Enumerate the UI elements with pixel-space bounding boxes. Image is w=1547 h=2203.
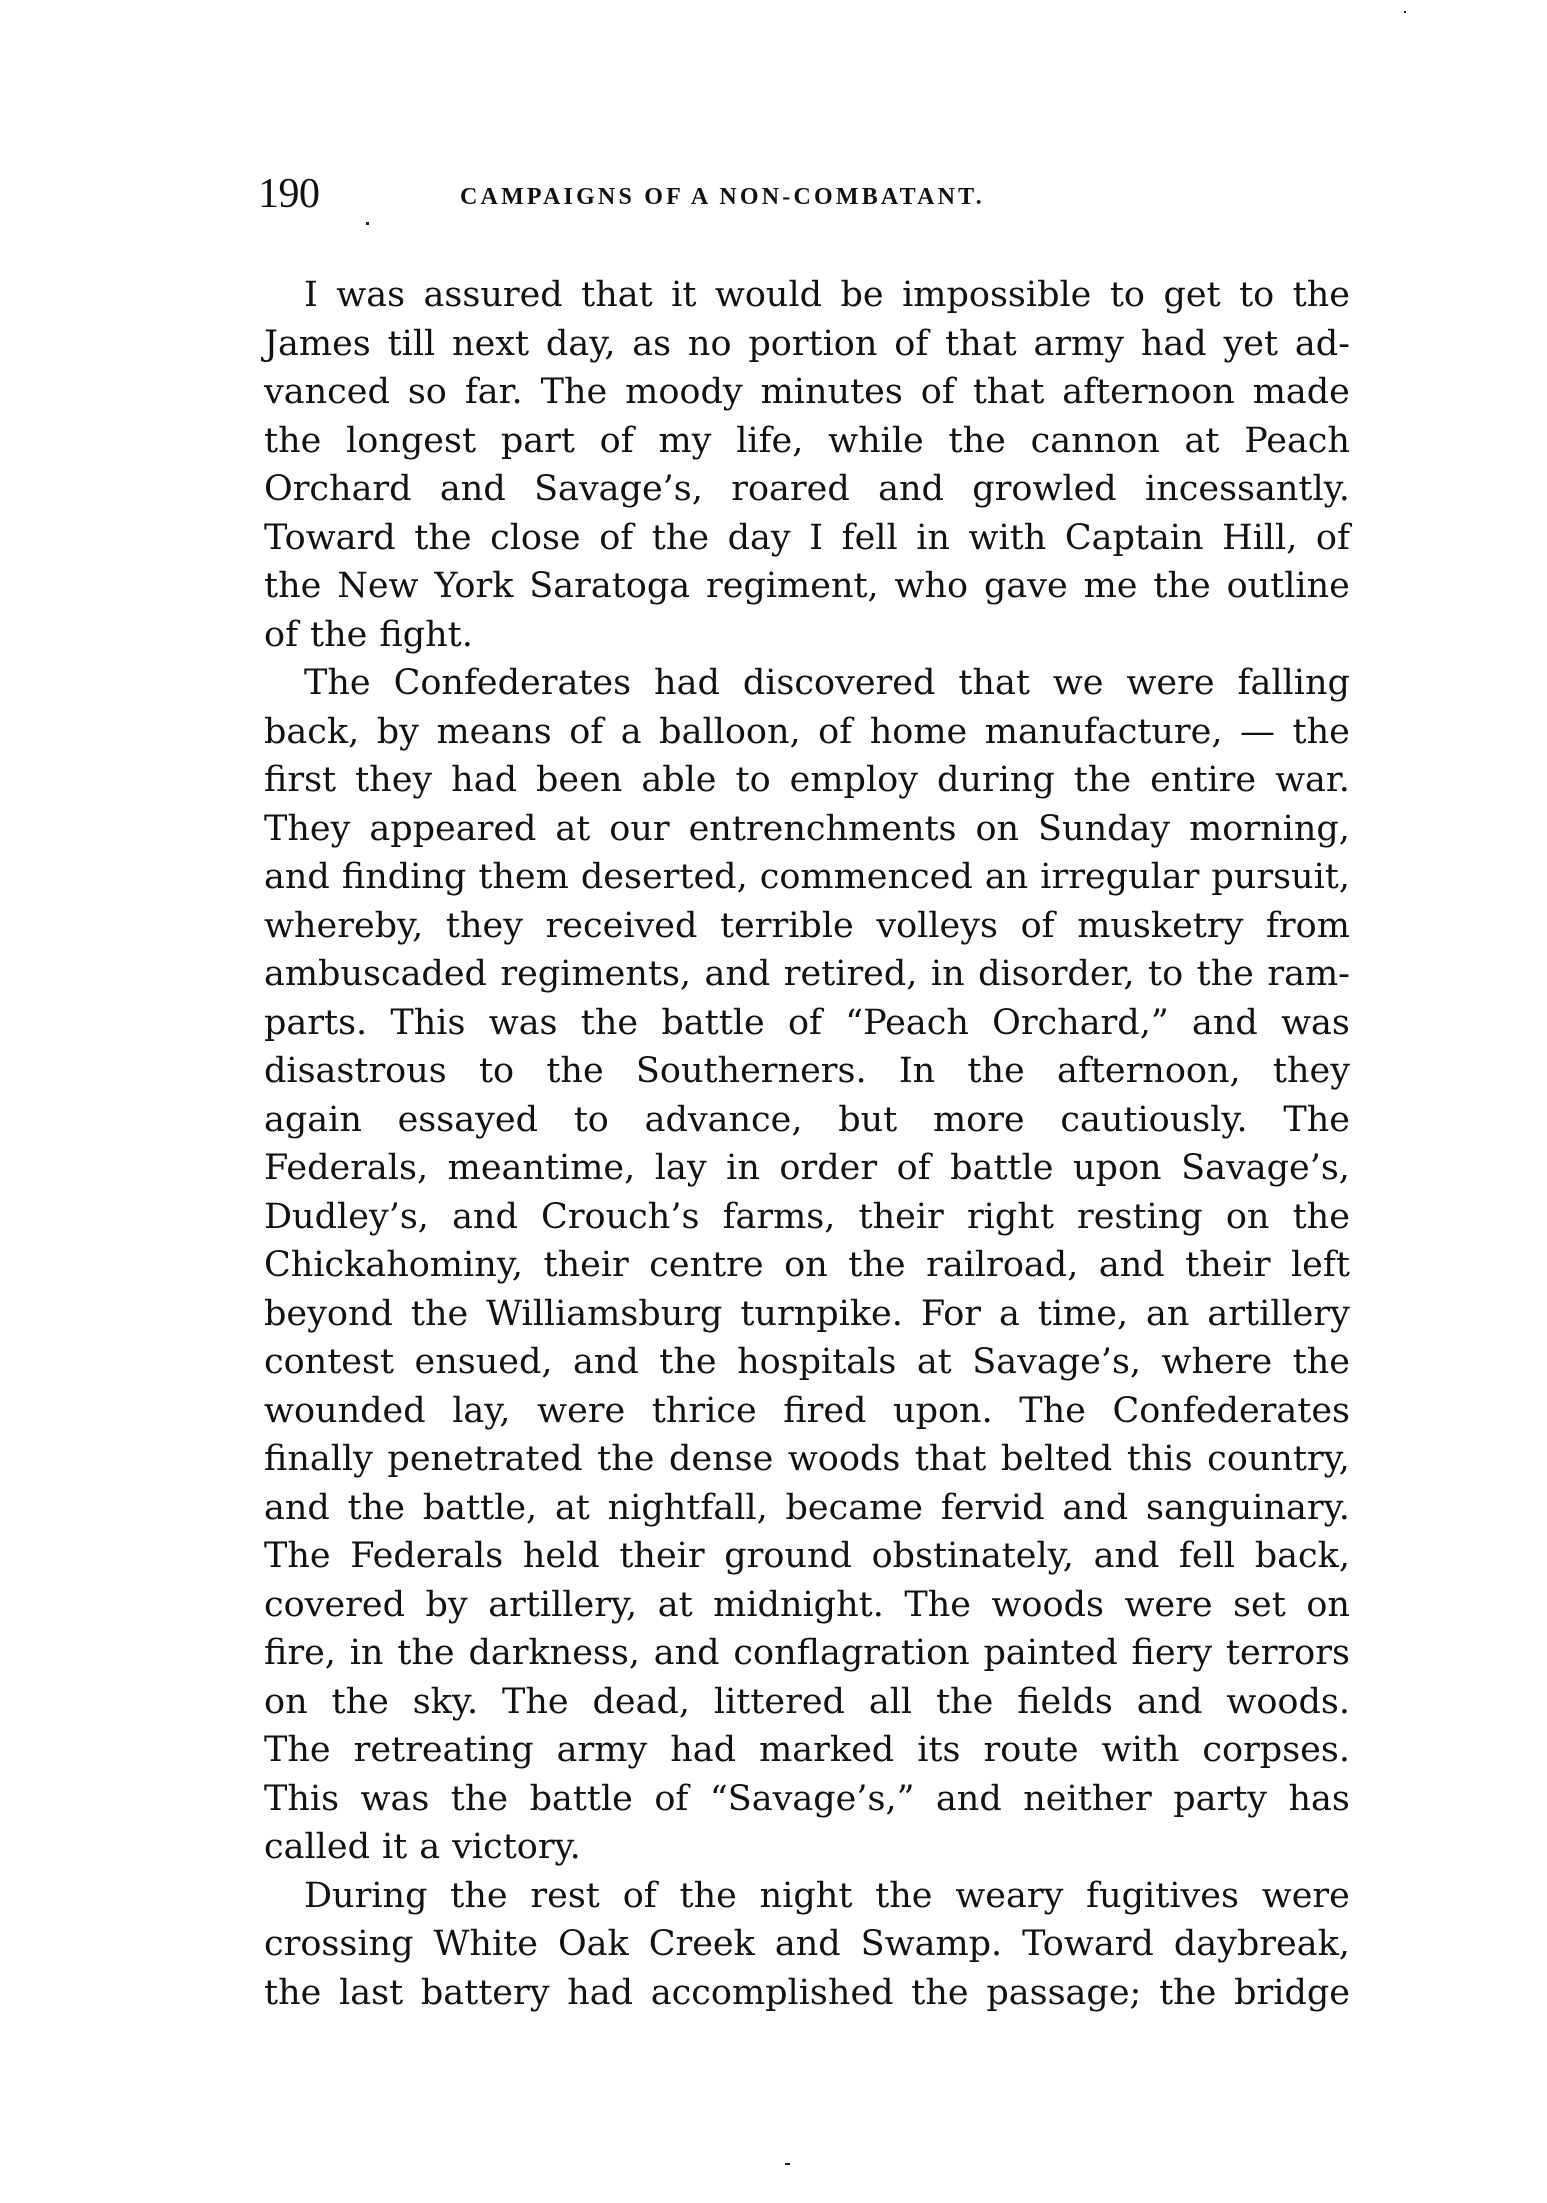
- word: and: [1099, 1241, 1165, 1290]
- word: as: [632, 320, 671, 369]
- word: ad-: [1295, 320, 1350, 369]
- word: ambuscaded: [264, 950, 487, 999]
- text-line: coveredbyartillery,atmidnight.Thewoodswe…: [264, 1581, 1350, 1630]
- word: a: [999, 1290, 1020, 1339]
- word: Williamsburg: [486, 1290, 722, 1339]
- text-line: fire,inthedarkness,andconflagrationpaint…: [264, 1629, 1350, 1678]
- word: and: [1094, 1532, 1160, 1581]
- word: Confederates: [394, 659, 632, 708]
- text-line: andfindingthemdeserted,commencedanirregu…: [264, 853, 1350, 902]
- word: they: [1273, 1047, 1350, 1096]
- text-line: ofthefight.: [264, 611, 1350, 660]
- word: in: [931, 950, 965, 999]
- word: the: [411, 1290, 468, 1339]
- word: White: [433, 1920, 538, 1969]
- word: the: [546, 1047, 603, 1096]
- word: get: [1163, 271, 1220, 320]
- word: to: [479, 1047, 514, 1096]
- word: in: [726, 1144, 760, 1193]
- word: our: [609, 805, 669, 854]
- word: became: [786, 1484, 924, 1533]
- word: back,: [264, 708, 359, 757]
- word: that: [958, 659, 1030, 708]
- word: fired: [783, 1387, 866, 1436]
- word: ram-: [1267, 950, 1350, 999]
- word: a: [419, 1823, 440, 1872]
- word: we: [1053, 659, 1104, 708]
- word: a: [621, 708, 642, 757]
- text-line: onthesky.Thedead,litteredallthefieldsand…: [264, 1678, 1350, 1727]
- word: Savage’s,: [1181, 1144, 1350, 1193]
- word: the: [264, 562, 321, 611]
- word: Captain: [1065, 514, 1204, 563]
- word: battle,: [423, 1484, 537, 1533]
- text-line: TowardthecloseofthedayIfellinwithCaptain…: [264, 514, 1350, 563]
- word: falling: [1238, 659, 1350, 708]
- word: at: [555, 805, 590, 854]
- word: where: [1162, 1338, 1273, 1387]
- text-line: andthebattle,atnightfall,becamefervidand…: [264, 1484, 1350, 1533]
- word: fell: [842, 514, 898, 563]
- word: of: [1021, 902, 1055, 951]
- word: and: [452, 1193, 518, 1242]
- word: by: [377, 708, 419, 757]
- word: incessantly.: [1145, 465, 1350, 514]
- word: their: [859, 1193, 944, 1242]
- word: made: [1253, 368, 1350, 417]
- word: ensued,: [415, 1338, 553, 1387]
- word: —: [1240, 708, 1275, 757]
- word: was: [1281, 999, 1350, 1048]
- word: The: [1019, 1387, 1086, 1436]
- text-line: Iwasassuredthatitwouldbeimpossibletogett…: [264, 271, 1350, 320]
- word: and: [440, 465, 506, 514]
- word: the: [875, 1872, 932, 1921]
- text-line: firsttheyhadbeenabletoemployduringtheent…: [264, 756, 1350, 805]
- text-line: disastroustotheSoutherners.Intheafternoo…: [264, 1047, 1350, 1096]
- word: on: [784, 1241, 828, 1290]
- word: fire,: [264, 1629, 336, 1678]
- paragraph-1: Iwasassuredthatitwouldbeimpossibletogett…: [264, 271, 1350, 659]
- word: first: [264, 756, 336, 805]
- word: accomplished: [651, 1969, 894, 2018]
- word: with: [1102, 1726, 1180, 1775]
- word: it: [671, 271, 696, 320]
- word: been: [536, 756, 622, 805]
- word: centre: [649, 1241, 763, 1290]
- word: Federals,: [264, 1144, 428, 1193]
- word: fervid: [941, 1484, 1045, 1533]
- word: retired,: [784, 950, 918, 999]
- word: of: [569, 708, 603, 757]
- word: finding: [342, 853, 466, 902]
- word: and: [264, 1484, 330, 1533]
- word: York: [434, 562, 513, 611]
- text-line: ambuscadedregiments,andretired,indisorde…: [264, 950, 1350, 999]
- word: daybreak,: [1174, 1920, 1350, 1969]
- word: the: [1197, 950, 1254, 999]
- word: employ: [790, 756, 918, 805]
- word: the: [848, 1241, 905, 1290]
- word: wounded: [264, 1387, 426, 1436]
- word: outline: [1227, 562, 1350, 611]
- word: contest: [264, 1338, 394, 1387]
- word: terrible: [720, 902, 854, 951]
- word: advance,: [645, 1096, 803, 1145]
- word: They: [264, 805, 350, 854]
- word: the: [348, 1484, 405, 1533]
- word: and: [1137, 1678, 1203, 1727]
- word: of: [623, 1872, 657, 1921]
- word: For: [921, 1290, 981, 1339]
- word: and: [654, 1629, 720, 1678]
- word: able: [641, 756, 716, 805]
- word: at: [917, 1338, 952, 1387]
- word: penetrated: [387, 1435, 582, 1484]
- word: volleys: [876, 902, 998, 951]
- word: parts.: [264, 999, 367, 1048]
- word: Savage’s,: [972, 1338, 1141, 1387]
- word: turnpike.: [740, 1290, 903, 1339]
- word: this: [1127, 1435, 1193, 1484]
- word: again: [264, 1096, 362, 1145]
- word: battery: [421, 1969, 550, 2018]
- text-line: contestensued,andthehospitalsatSavage’s,…: [264, 1338, 1350, 1387]
- word: afternoon: [1062, 368, 1235, 417]
- word: the: [1293, 708, 1350, 757]
- word: the: [680, 1872, 737, 1921]
- text-line: parts.Thiswasthebattleof“PeachOrchard,”a…: [264, 999, 1350, 1048]
- word: back,: [1255, 1532, 1350, 1581]
- text-line: Jamestillnextday,asnoportionofthatarmyha…: [264, 320, 1350, 369]
- word: Hill,: [1222, 514, 1297, 563]
- text-line: Theretreatingarmyhadmarkeditsroutewithco…: [264, 1726, 1350, 1775]
- word: received: [546, 902, 698, 951]
- word: disorder,: [978, 950, 1135, 999]
- word: to: [1110, 271, 1145, 320]
- word: dense: [669, 1435, 773, 1484]
- word: obstinately,: [872, 1532, 1074, 1581]
- word: in: [350, 1629, 384, 1678]
- text-line: Chickahominy,theircentreontherailroad,an…: [264, 1241, 1350, 1290]
- word: This: [264, 1775, 339, 1824]
- word: was: [489, 999, 558, 1048]
- word: The: [264, 1726, 331, 1775]
- word: an: [1146, 1290, 1189, 1339]
- word: their: [1185, 1241, 1270, 1290]
- word: its: [917, 1726, 960, 1775]
- word: regiment,: [706, 562, 879, 611]
- word: “Peach: [845, 999, 969, 1048]
- word: more: [933, 1096, 1025, 1145]
- word: had: [451, 756, 517, 805]
- page-number: 190: [258, 170, 320, 218]
- word: I: [809, 514, 823, 563]
- word: were: [1262, 1872, 1350, 1921]
- word: the: [949, 417, 1006, 466]
- word: painted: [984, 1629, 1118, 1678]
- word: battle: [661, 999, 764, 1048]
- word: James: [264, 320, 371, 369]
- word: The: [541, 368, 608, 417]
- word: on: [975, 805, 1019, 854]
- word: in: [916, 514, 950, 563]
- word: marked: [759, 1726, 894, 1775]
- word: had: [654, 659, 720, 708]
- word: moody: [625, 368, 743, 417]
- paragraph-3: Duringtherestofthenightthewearyfugitives…: [264, 1872, 1350, 2018]
- word: of: [600, 417, 634, 466]
- word: pursuit,: [1211, 853, 1350, 902]
- word: sanguinary.: [1146, 1484, 1350, 1533]
- word: The: [502, 1678, 569, 1727]
- word: irregular: [1040, 853, 1199, 902]
- word: belted: [1001, 1435, 1113, 1484]
- word: and: [1062, 1484, 1128, 1533]
- word: the: [1293, 271, 1350, 320]
- word: and: [264, 853, 330, 902]
- word: neither: [1023, 1775, 1152, 1824]
- word: Swamp.: [861, 1920, 1003, 1969]
- word: the: [652, 514, 709, 563]
- word: close: [490, 514, 581, 563]
- word: longest: [346, 417, 476, 466]
- word: they: [355, 756, 432, 805]
- word: Dudley’s,: [264, 1193, 429, 1242]
- word: called: [264, 1823, 370, 1872]
- word: means: [436, 708, 551, 757]
- text-line: OrchardandSavage’s,roaredandgrowledinces…: [264, 465, 1350, 514]
- word: Savage’s,: [534, 465, 703, 514]
- word: Oak: [558, 1920, 629, 1969]
- word: that: [581, 271, 653, 320]
- word: the: [1293, 1338, 1350, 1387]
- word: beyond: [264, 1290, 393, 1339]
- word: essayed: [398, 1096, 538, 1145]
- word: deserted,: [581, 853, 748, 902]
- word: were: [1126, 659, 1214, 708]
- text-line: Duringtherestofthenightthewearyfugitives…: [264, 1872, 1350, 1921]
- word: day,: [546, 320, 616, 369]
- running-head: 190 CAMPAIGNS OF A NON-COMBATANT.: [258, 170, 1158, 218]
- word: dead,: [592, 1678, 690, 1727]
- word: entrenchments: [689, 805, 957, 854]
- word: me: [1084, 562, 1138, 611]
- word: woods: [991, 1581, 1103, 1630]
- word: route: [983, 1726, 1078, 1775]
- word: nightfall,: [608, 1484, 768, 1533]
- body-text: Iwasassuredthatitwouldbeimpossibletogett…: [264, 271, 1350, 2017]
- word: time,: [1038, 1290, 1128, 1339]
- word: lay,: [452, 1387, 510, 1436]
- word: growled: [972, 465, 1116, 514]
- word: order: [779, 1144, 877, 1193]
- word: life,: [736, 417, 803, 466]
- word: of: [818, 708, 852, 757]
- word: of: [599, 514, 633, 563]
- word: yet: [1223, 320, 1278, 369]
- word: till: [388, 320, 436, 369]
- word: home: [870, 708, 968, 757]
- word: at: [555, 1484, 590, 1533]
- word: during: [937, 756, 1055, 805]
- word: Southerners.: [636, 1047, 867, 1096]
- word: the: [1074, 756, 1131, 805]
- word: meantime,: [448, 1144, 636, 1193]
- word: the: [310, 611, 367, 660]
- text-line: TheFederalsheldtheirgroundobstinately,an…: [264, 1532, 1350, 1581]
- word: my: [658, 417, 711, 466]
- word: battle: [530, 1775, 633, 1824]
- word: had: [1141, 320, 1207, 369]
- word: and: [704, 950, 770, 999]
- word: The: [904, 1581, 971, 1630]
- word: on: [1226, 1193, 1270, 1242]
- word: Crouch’s: [541, 1193, 699, 1242]
- word: the: [264, 417, 321, 466]
- word: cautiously.: [1060, 1096, 1247, 1145]
- word: of: [654, 1775, 688, 1824]
- word: finally: [264, 1435, 373, 1484]
- word: morning,: [1189, 805, 1350, 854]
- word: the: [451, 1775, 508, 1824]
- word: the: [397, 1629, 454, 1678]
- word: army: [557, 1726, 648, 1775]
- word: whereby,: [264, 902, 423, 951]
- word: ground: [724, 1532, 852, 1581]
- word: army: [1033, 320, 1124, 369]
- text-line: Dudley’s,andCrouch’sfarms,theirrightrest…: [264, 1193, 1350, 1242]
- word: The: [1283, 1096, 1350, 1145]
- word: assured: [424, 271, 563, 320]
- word: Federals: [350, 1532, 503, 1581]
- word: During: [304, 1872, 427, 1921]
- word: Peach: [1244, 417, 1350, 466]
- word: the: [414, 514, 471, 563]
- word: their: [544, 1241, 629, 1290]
- word: terrors: [1226, 1629, 1350, 1678]
- word: resting: [1077, 1193, 1203, 1242]
- word: of: [894, 320, 928, 369]
- word: covered: [264, 1581, 405, 1630]
- word: the: [332, 1678, 389, 1727]
- word: retreating: [354, 1726, 534, 1775]
- word: to: [1148, 950, 1183, 999]
- word: midnight.: [713, 1581, 884, 1630]
- word: and: [936, 1775, 1002, 1824]
- word: all: [869, 1678, 912, 1727]
- word: of: [264, 611, 298, 660]
- text-line: TheConfederateshaddiscoveredthatwewerefa…: [264, 659, 1350, 708]
- word: of: [1316, 514, 1350, 563]
- word: has: [1289, 1775, 1350, 1824]
- word: hospitals: [737, 1338, 896, 1387]
- word: crossing: [264, 1920, 413, 1969]
- word: upon: [1073, 1144, 1162, 1193]
- text-line: thelastbatteryhadaccomplishedthepassage;…: [264, 1969, 1350, 2018]
- word: the: [659, 1338, 716, 1387]
- word: the: [450, 1872, 507, 1921]
- word: the: [264, 1969, 321, 2018]
- word: weary: [955, 1872, 1063, 1921]
- word: it: [382, 1823, 407, 1872]
- scan-speck: [785, 2163, 790, 2165]
- word: Sunday: [1038, 805, 1170, 854]
- word: Toward: [264, 514, 396, 563]
- word: farms,: [723, 1193, 836, 1242]
- word: but: [838, 1096, 897, 1145]
- word: fugitives: [1086, 1872, 1239, 1921]
- word: entire: [1150, 756, 1256, 805]
- word: country,: [1207, 1435, 1350, 1484]
- text-line: thelongestpartofmylife,whilethecannonatP…: [264, 417, 1350, 466]
- word: that: [915, 1435, 987, 1484]
- word: would: [715, 271, 822, 320]
- word: gave: [984, 562, 1068, 611]
- word: with: [969, 514, 1047, 563]
- word: portion: [748, 320, 877, 369]
- word: while: [828, 417, 924, 466]
- word: were: [1124, 1581, 1212, 1630]
- word: littered: [714, 1678, 845, 1727]
- word: the: [1159, 1969, 1216, 2018]
- word: fields: [1017, 1678, 1113, 1727]
- word: artillery: [1207, 1290, 1349, 1339]
- word: them: [478, 853, 569, 902]
- word: left: [1291, 1241, 1350, 1290]
- word: who: [895, 562, 969, 611]
- word: so: [408, 368, 447, 417]
- word: victory.: [452, 1823, 581, 1872]
- word: cannon: [1031, 417, 1160, 466]
- word: passage;: [986, 1969, 1141, 2018]
- word: Toward: [1022, 1920, 1154, 1969]
- word: bridge: [1234, 1969, 1350, 2018]
- word: I: [304, 271, 318, 320]
- word: set: [1233, 1581, 1286, 1630]
- word: on: [1306, 1581, 1350, 1630]
- scan-speck: [1404, 11, 1406, 13]
- text-line: finallypenetratedthedensewoodsthatbelted…: [264, 1435, 1350, 1484]
- word: to: [736, 756, 771, 805]
- word: conflagration: [733, 1629, 969, 1678]
- word: sky.: [413, 1678, 478, 1727]
- word: rest: [530, 1872, 599, 1921]
- text-line: Federals,meantime,layinorderofbattleupon…: [264, 1144, 1350, 1193]
- word: part: [501, 417, 575, 466]
- word: the: [1153, 562, 1210, 611]
- word: they: [446, 902, 523, 951]
- word: from: [1266, 902, 1350, 951]
- word: fiery: [1132, 1629, 1213, 1678]
- word: the: [581, 999, 638, 1048]
- word: fell: [1179, 1532, 1235, 1581]
- word: and: [573, 1338, 639, 1387]
- word: last: [339, 1969, 403, 2018]
- word: party: [1173, 1775, 1267, 1824]
- word: held: [523, 1532, 600, 1581]
- word: lay: [655, 1144, 707, 1193]
- word: next: [452, 320, 529, 369]
- word: was: [336, 271, 405, 320]
- word: This: [390, 999, 465, 1048]
- word: Orchard,”: [992, 999, 1169, 1048]
- word: war.: [1275, 756, 1350, 805]
- word: had: [567, 1969, 633, 2018]
- word: balloon,: [659, 708, 800, 757]
- word: disastrous: [264, 1047, 447, 1096]
- word: the: [911, 1969, 968, 2018]
